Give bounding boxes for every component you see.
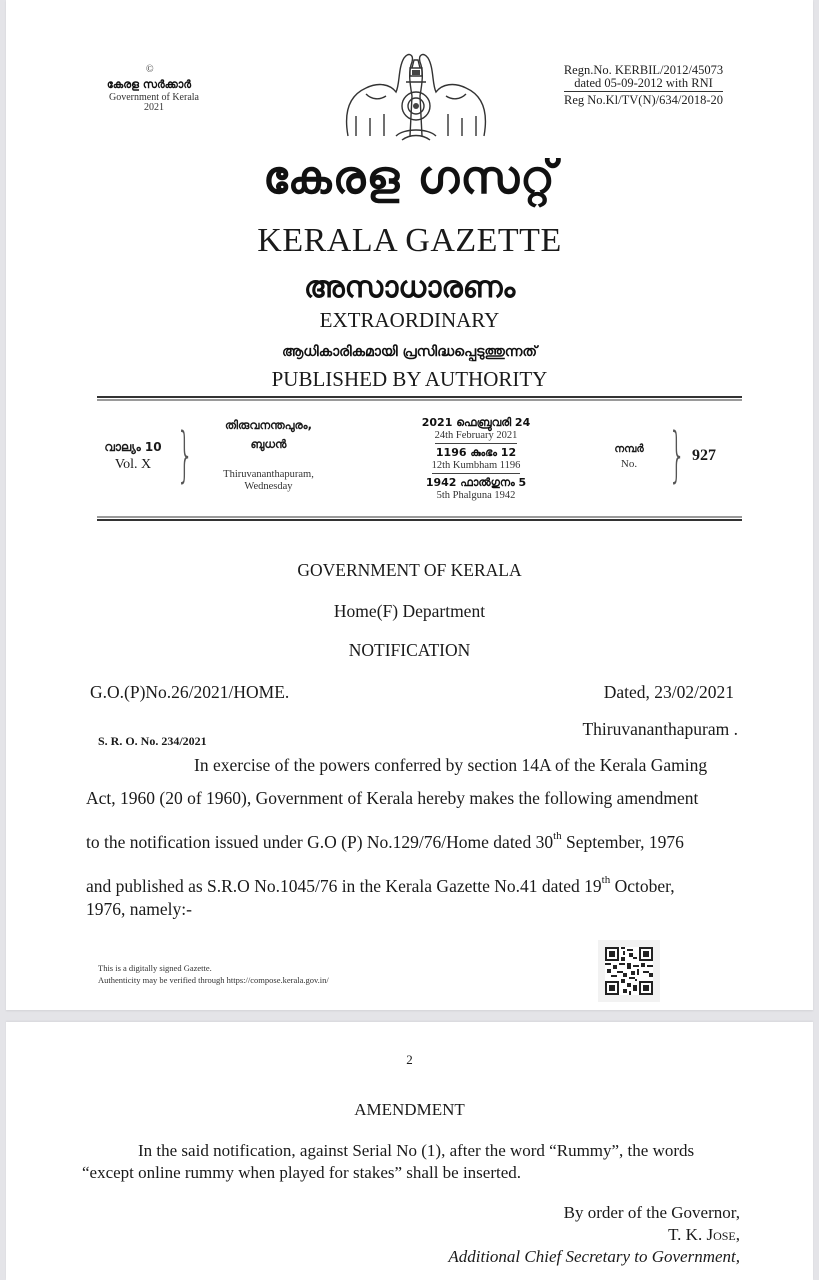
issue-number: 927 [692, 447, 716, 465]
order-date: Dated, 23/02/2021 [566, 682, 734, 703]
qr-code-icon [598, 940, 660, 1002]
notification-heading: NOTIFICATION [6, 640, 813, 661]
gazette-title-malayalam: കേരള ഗസറ്റ് [6, 150, 813, 206]
verification-note: Authenticity may be verified through htt… [98, 974, 329, 986]
signing-authority: By order of the Governor, [386, 1202, 740, 1224]
date-saka: 5th Phalguna 1942 [406, 490, 546, 502]
edition-type: EXTRAORDINARY [6, 308, 813, 333]
registration-block-top: Regn.No. KERBIL/2012/45073 dated 05-09-2… [564, 64, 723, 92]
kerala-emblem-icon [326, 44, 506, 144]
regn-date: dated 05-09-2012 with RNI [564, 77, 723, 90]
place-malayalam: തിരുവനന്തപുരം, [206, 416, 331, 435]
day-malayalam: ബുധൻ [206, 435, 331, 454]
order-place: Thiruvananthapuram . [506, 719, 738, 740]
paragraph-line: In exercise of the powers conferred by s… [86, 754, 747, 776]
date-gregorian-malayalam: 2021 ഫെബ്രുവരി 24 [406, 416, 546, 430]
paragraph-line: and published as S.R.O No.1045/76 in the… [86, 875, 747, 897]
place-day-malayalam: തിരുവനന്തപുരം, ബുധൻ [206, 416, 331, 454]
brace-left-icon: } [177, 420, 194, 490]
date-malayalam-era: 12th Kumbham 1196 [432, 460, 521, 474]
paragraph-line: to the notification issued under G.O (P)… [86, 831, 747, 853]
ordinal-suffix: th [553, 830, 562, 842]
signatory-designation: Additional Chief Secretary to Government… [386, 1246, 740, 1268]
volume-malayalam: വാല്യം 10 [98, 440, 168, 455]
paragraph-line: 1976, namely:- [86, 898, 747, 920]
divider-bottom [97, 516, 742, 521]
text-span: September, 1976 [562, 832, 684, 852]
page-number: 2 [6, 1052, 813, 1068]
place-day: Thiruvananthapuram, Wednesday [206, 469, 331, 493]
publisher-english: Government of Kerala 2021 [94, 93, 214, 113]
published-by-authority-malayalam: ആധികാരികമായി പ്രസിദ്ധപ്പെടുത്തുന്നത് [6, 344, 813, 360]
date-saka-malayalam: 1942 ഫാൽഗുനം 5 [406, 476, 546, 490]
signed-note: This is a digitally signed Gazette. [98, 962, 329, 974]
government-heading: GOVERNMENT OF KERALA [6, 560, 813, 581]
brace-right-icon: } [669, 420, 686, 490]
rni-reg-number: Reg No.Kl/TV(N)/634/2018-20 [546, 94, 741, 107]
go-number: G.O.(P)No.26/2021/HOME. [90, 682, 289, 703]
number-label: No. [604, 458, 654, 470]
publisher-malayalam: കേരള സർക്കാർ [94, 78, 204, 92]
number-label-malayalam: നമ്പർ [604, 443, 654, 456]
sro-number: S. R. O. No. 234/2021 [98, 734, 207, 749]
registration-info: Regn.No. KERBIL/2012/45073 dated 05-09-2… [546, 64, 741, 107]
divider-top [97, 396, 742, 401]
paragraph-line: “except online rummy when played for sta… [82, 1162, 747, 1184]
text-span: and published as S.R.O No.1045/76 in the… [86, 876, 602, 896]
gazette-page-1: © കേരള സർക്കാർ Government of Kerala 2021 [6, 0, 813, 1010]
signature-block: By order of the Governor, T. K. Jose, Ad… [386, 1202, 740, 1268]
ordinal-suffix: th [602, 874, 611, 886]
gazette-page-2: 2 AMENDMENT In the said notification, ag… [6, 1022, 813, 1280]
amendment-heading: AMENDMENT [6, 1100, 813, 1120]
department-heading: Home(F) Department [6, 601, 813, 622]
text-span: October, [610, 876, 674, 896]
date-malayalam-era-malayalam: 1196 കുംഭം 12 [406, 446, 546, 460]
signatory-name: T. K. Jose, [386, 1224, 740, 1246]
volume: Vol. X [98, 457, 168, 473]
copyright-symbol: © [146, 64, 154, 75]
published-by-authority: PUBLISHED BY AUTHORITY [6, 367, 813, 392]
digital-signature-note: This is a digitally signed Gazette. Auth… [98, 962, 329, 986]
amendment-paragraph: In the said notification, against Serial… [82, 1140, 747, 1184]
paragraph-line: Act, 1960 (20 of 1960), Government of Ke… [86, 787, 747, 809]
place: Thiruvananthapuram, [206, 469, 331, 481]
text-span: to the notification issued under G.O (P)… [86, 832, 553, 852]
date-gregorian: 24th February 2021 [435, 430, 518, 444]
paragraph-line: In the said notification, against Serial… [82, 1140, 747, 1162]
publisher-year: 2021 [94, 103, 214, 113]
day: Wednesday [206, 481, 331, 493]
issue-dates: 2021 ഫെബ്രുവരി 24 24th February 2021 119… [406, 416, 546, 502]
edition-type-malayalam: അസാധാരണം [6, 270, 813, 305]
notification-paragraph: In exercise of the powers conferred by s… [86, 754, 747, 920]
gazette-title: KERALA GAZETTE [6, 222, 813, 260]
